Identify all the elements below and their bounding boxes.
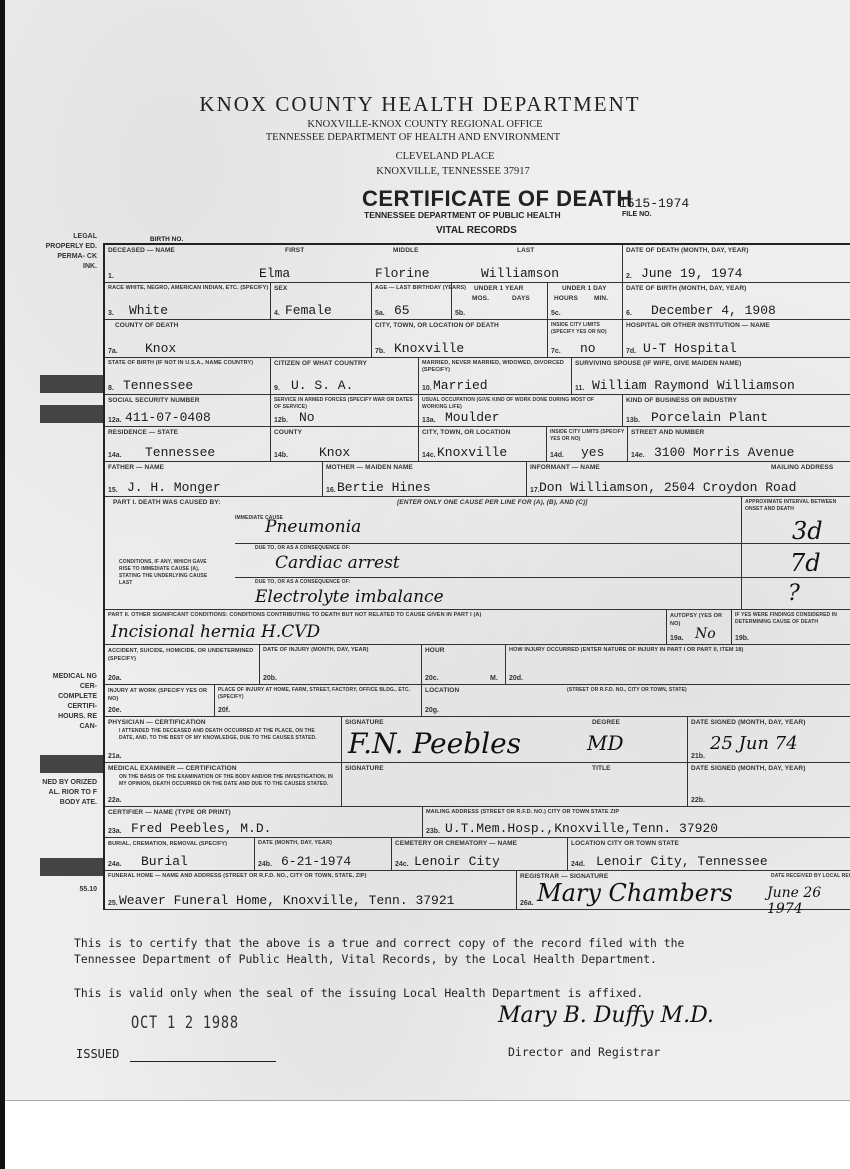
field-race: RACE WHITE, NEGRO, AMERICAN INDIAN, ETC.… [105,283,271,320]
certification-statement-2: Tennessee Department of Public Health, V… [74,952,657,966]
margin-band [40,858,104,876]
middle-name: Florine [375,266,430,281]
field-injury-location: LOCATION (STREET OR R.F.D. NO., CITY OR … [422,685,850,717]
field-state-of-birth: STATE OF BIRTH (IF NOT IN U.S.A., NAME C… [105,358,271,395]
form-number: 55.10 [42,885,97,895]
field-ssn: SOCIAL SECURITY NUMBER 12a. 411-07-0408 [105,395,271,427]
field-injury-at-work: INJURY AT WORK (SPECIFY YES OR NO) 20e. [105,685,215,717]
field-citizenship: CITIZEN OF WHAT COUNTRY 9. U. S. A. [271,358,419,395]
issued-line [130,1061,276,1062]
field-inside-city-limits: INSIDE CITY LIMITS (SPECIFY YES OR NO) 7… [548,320,623,358]
field-cemetery: CEMETERY OR CREMATORY — NAME 24c. Lenoir… [392,838,568,871]
street-address: CLEVELAND PLACE [20,151,850,162]
field-industry: KIND OF BUSINESS OR INDUSTRY 13b. Porcel… [623,395,850,427]
field-residence-county: COUNTY 14b. Knox [271,427,419,462]
death-certificate-form: DECEASED — NAME FIRST MIDDLE LAST 1. Elm… [103,243,850,910]
field-father: FATHER — NAME 15. J. H. Monger [105,462,323,497]
birth-number-label: BIRTH NO. [150,236,183,243]
field-surviving-spouse: SURVIVING SPOUSE (IF WIFE, GIVE MAIDEN N… [572,358,850,395]
cause-c: Electrolyte imbalance [255,587,444,607]
margin-note-top: LEGAL PROPERLY ED. PERMA- CK INK. [42,232,97,272]
field-certifier-name: CERTIFIER — NAME (TYPE OR PRINT) 23a. Fr… [105,807,423,838]
margin-note-bottom2: NED BY ORIZED AL. RIOR TO F BODY ATE. [42,778,97,808]
field-age: AGE — LAST BIRTHDAY (YEARS) 5a. 65 [372,283,452,320]
field-residence-city: CITY, TOWN, OR LOCATION 14c. Knoxville [419,427,547,462]
field-injury-date: DATE OF INJURY (MONTH, DAY, YEAR) 20b. [260,645,422,685]
field-funeral-home: FUNERAL HOME — NAME AND ADDRESS (STREET … [105,871,517,910]
field-disposition-method: BURIAL, CREMATION, REMOVAL (SPECIFY) 24a… [105,838,255,871]
regional-office: KNOXVILLE-KNOX COUNTY REGIONAL OFFICE [0,119,850,130]
field-occupation: USUAL OCCUPATION (GIVE KIND OF WORK DONE… [419,395,623,427]
certification-statement-1: This is to certify that the above is a t… [74,936,684,950]
field-cause-interval: APPROXIMATE INTERVAL BETWEEN ONSET AND D… [742,497,850,610]
field-hospital: HOSPITAL OR OTHER INSTITUTION — NAME 7d.… [623,320,850,358]
field-mother: MOTHER — MAIDEN NAME 16. Bertie Hines [323,462,527,497]
field-medical-examiner: MEDICAL EXAMINER — CERTIFICATION ON THE … [105,763,342,807]
margin-band [40,375,104,393]
field-under-1-year: UNDER 1 YEAR MOS. DAYS 5b. [452,283,548,320]
field-injury-how: HOW INJURY OCCURRED (ENTER NATURE OF INJ… [506,645,850,685]
field-date-of-death: DATE OF DEATH (MONTH, DAY, YEAR) 2. June… [623,245,850,283]
field-city-of-death: CITY, TOWN, OR LOCATION OF DEATH 7b. Kno… [372,320,548,358]
field-registrar: REGISTRAR — SIGNATURE DATE RECEIVED BY L… [517,871,850,910]
director-signature: Mary B. Duffy M.D. [498,1003,714,1028]
state-department: TENNESSEE DEPARTMENT OF HEALTH AND ENVIR… [0,132,838,143]
field-residence-state: RESIDENCE — STATE 14a. Tennessee [105,427,271,462]
cause-a: Pneumonia [265,517,361,537]
cause-b: Cardiac arrest [275,553,400,573]
field-examiner-date-signed: DATE SIGNED (MONTH, DAY, YEAR) 22b. [688,763,850,807]
issue-date-stamp: OCT 1 2 1988 [131,1013,239,1033]
first-name: Elma [259,266,290,281]
field-injury-place: PLACE OF INJURY AT HOME, FARM, STREET, F… [215,685,422,717]
field-street: STREET AND NUMBER 14e. 3100 Morris Avenu… [628,427,850,462]
field-county-of-death: COUNTY OF DEATH 7a. Knox [105,320,372,358]
field-residence-inside-city: INSIDE CITY LIMITS (SPECIFY YES OR NO) 1… [547,427,628,462]
vital-records: VITAL RECORDS [436,225,517,236]
field-sex: SEX 4. Female [271,283,372,320]
validity-statement: This is valid only when the seal of the … [74,986,643,1000]
field-cause-part1: PART I. DEATH WAS CAUSED BY: [ENTER ONLY… [105,497,742,610]
field-autopsy-findings: IF YES WERE FINDINGS CONSIDERED IN DETER… [732,610,850,645]
physician-signature: F.N. Peebles [348,727,521,760]
field-autopsy: AUTOPSY (YES OR NO) 19a. No [667,610,732,645]
issued-label: ISSUED [76,1047,119,1061]
margin-note-bottom: MEDICAL NG CER- COMPLETE CERTIFI- HOURS.… [42,672,97,732]
file-number-label: FILE NO. [622,211,652,218]
field-cemetery-location: LOCATION CITY OR TOWN STATE 24d. Lenoir … [568,838,850,871]
field-under-1-day: UNDER 1 DAY HOURS MIN. 5c. [548,283,623,320]
agency-title: KNOX COUNTY HEALTH DEPARTMENT [0,92,845,117]
file-number: 1515-1974 [619,196,689,211]
last-name: Williamson [481,266,559,281]
field-physician-signature: SIGNATURE DEGREE F.N. Peebles MD [342,717,688,763]
margin-band [40,755,104,773]
field-cause-part2: PART II. OTHER SIGNIFICANT CONDITIONS: C… [105,610,667,645]
field-date-of-birth: DATE OF BIRTH (MONTH, DAY, YEAR) 6. Dece… [623,283,850,320]
field-informant: INFORMANT — NAME MAILING ADDRESS 17. Don… [527,462,850,497]
field-marital-status: MARRIED, NEVER MARRIED, WIDOWED, DIVORCE… [419,358,572,395]
scan-edge [0,0,5,1169]
field-disposition-date: DATE (MONTH, DAY, YEAR) 24b. 6-21-1974 [255,838,392,871]
field-physician-cert: PHYSICIAN — CERTIFICATION I ATTENDED THE… [105,717,342,763]
field-deceased-name: DECEASED — NAME FIRST MIDDLE LAST 1. Elm… [105,245,623,283]
field-accident-type: ACCIDENT, SUICIDE, HOMICIDE, OR UNDETERM… [105,645,260,685]
field-certifier-mailing: MAILING ADDRESS (STREET OR R.F.D. NO.) C… [423,807,850,838]
field-examiner-signature: SIGNATURE TITLE [342,763,688,807]
field-physician-date-signed: DATE SIGNED (MONTH, DAY, YEAR) 21b. 25 J… [688,717,850,763]
certificate-subtitle: TENNESSEE DEPARTMENT OF PUBLIC HEALTH [364,210,561,220]
city-address: KNOXVILLE, TENNESSEE 37917 [28,166,850,177]
field-injury-hour: HOUR 20c. M. [422,645,506,685]
registrar-signature: Mary Chambers [537,879,733,907]
field-armed-forces: SERVICE IN ARMED FORCES (SPECIFY WAR OR … [271,395,419,427]
margin-band [40,405,104,423]
director-title: Director and Registrar [508,1045,660,1059]
certificate-title: CERTIFICATE OF DEATH [362,186,633,212]
